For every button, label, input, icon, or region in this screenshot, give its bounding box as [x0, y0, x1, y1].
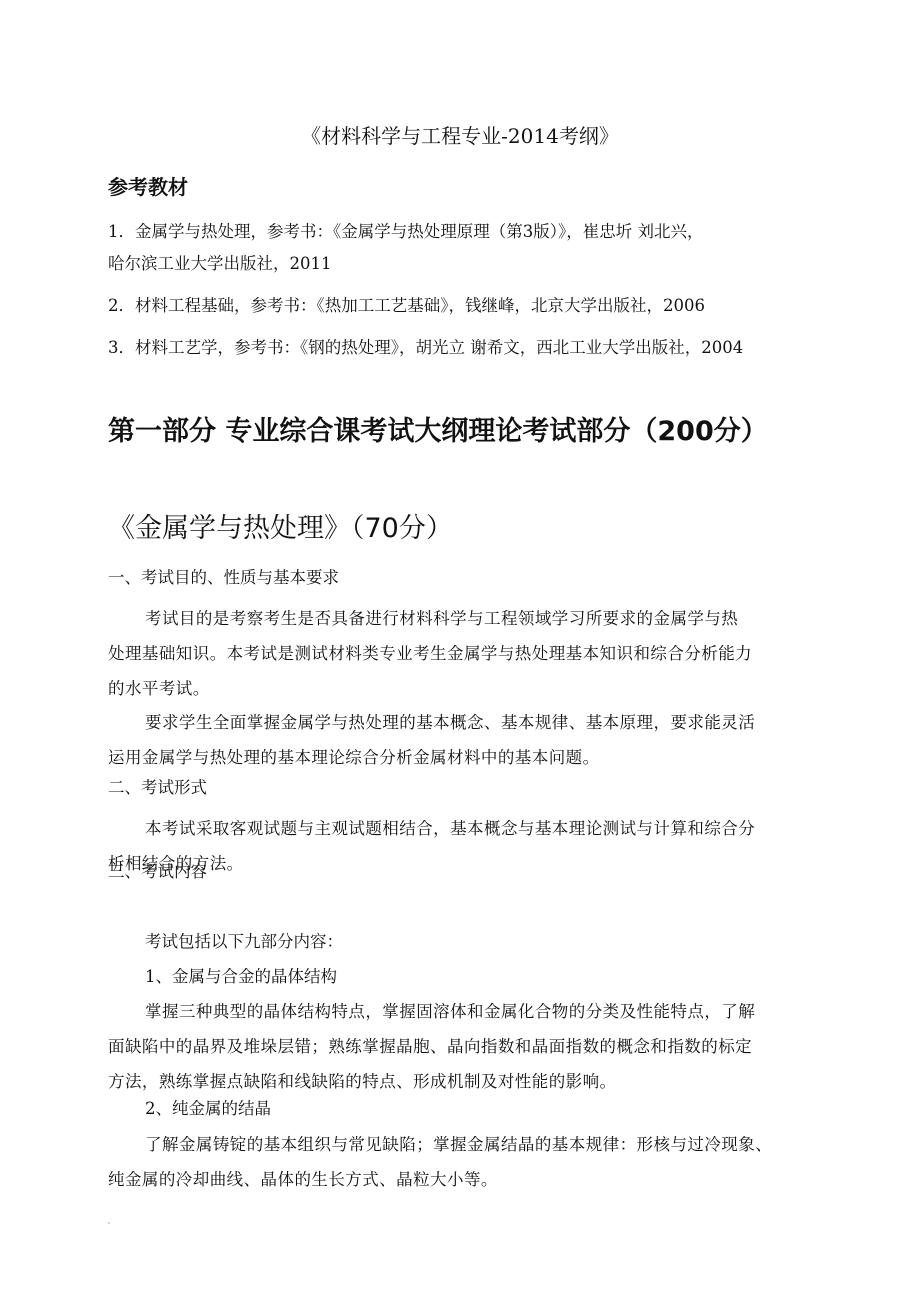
topic-title-crystal-structure: 1、金属与合金的晶体结构	[145, 965, 337, 989]
stray-mark	[108, 1222, 110, 1224]
paragraph-purpose-1: 考试目的是考察考生是否具备进行材料科学与工程领域学习所要求的金属学与热 处理基础…	[108, 601, 814, 706]
reference-item-1-line2: 哈尔滨工业大学出版社，2011	[108, 252, 332, 276]
references-heading: 参考教材	[108, 173, 188, 201]
paragraph-line: 面缺陷中的晶界及堆垛层错；熟练掌握晶胞、晶向指数和晶面指数的概念和指数的标定	[108, 1029, 814, 1064]
paragraph-line: 方法，熟练掌握点缺陷和线缺陷的特点、形成机制及对性能的影响。	[108, 1064, 814, 1099]
part-title: 第一部分 专业综合课考试大纲理论考试部分（200分）	[108, 413, 768, 451]
section-heading-purpose: 一、考试目的、性质与基本要求	[108, 566, 339, 590]
paragraph-line: 考试目的是考察考生是否具备进行材料科学与工程领域学习所要求的金属学与热	[108, 601, 814, 636]
paragraph-line: 了解金属铸锭的基本组织与常见缺陷；掌握金属结晶的基本规律：形核与过冷现象、	[108, 1127, 814, 1162]
topic-paragraph-crystallization: 了解金属铸锭的基本组织与常见缺陷；掌握金属结晶的基本规律：形核与过冷现象、 纯金…	[108, 1127, 814, 1197]
paragraph-line: 掌握三种典型的晶体结构特点，掌握固溶体和金属化合物的分类及性能特点，了解	[108, 994, 814, 1029]
paragraph-line: 的水平考试。	[108, 671, 814, 706]
course-title: 《金属学与热处理》（70分）	[108, 510, 453, 548]
content-intro: 考试包括以下九部分内容：	[145, 930, 343, 954]
reference-item-1-line1: 1．金属学与热处理，参考书：《金属学与热处理原理（第3版）》，崔忠圻 刘北兴，	[108, 220, 704, 244]
topic-title-crystallization: 2、纯金属的结晶	[145, 1097, 271, 1121]
paragraph-line: 处理基础知识。本考试是测试材料类专业考生金属学与热处理基本知识和综合分析能力	[108, 636, 814, 671]
reference-item-2: 2．材料工程基础，参考书：《热加工工艺基础》，钱继峰，北京大学出版社，2006	[108, 294, 705, 318]
reference-item-3: 3．材料工艺学，参考书：《钢的热处理》，胡光立 谢希文，西北工业大学出版社，20…	[108, 336, 743, 360]
paragraph-line: 析相结合的方法。	[108, 846, 814, 881]
section-heading-format: 二、考试形式	[108, 776, 207, 800]
paragraph-line: 要求学生全面掌握金属学与热处理的基本概念、基本规律、基本原理，要求能灵活	[108, 705, 814, 740]
document-title: 《材料科学与工程专业-2014考纲》	[0, 122, 920, 150]
paragraph-line: 纯金属的冷却曲线、晶体的生长方式、晶粒大小等。	[108, 1162, 814, 1197]
document-page: 《材料科学与工程专业-2014考纲》 参考教材 1．金属学与热处理，参考书：《金…	[0, 0, 920, 1302]
paragraph-line: 运用金属学与热处理的基本理论综合分析金属材料中的基本问题。	[108, 740, 814, 775]
paragraph-line: 本考试采取客观试题与主观试题相结合，基本概念与基本理论测试与计算和综合分	[108, 811, 814, 846]
paragraph-purpose-2: 要求学生全面掌握金属学与热处理的基本概念、基本规律、基本原理，要求能灵活 运用金…	[108, 705, 814, 775]
topic-paragraph-crystal-structure: 掌握三种典型的晶体结构特点，掌握固溶体和金属化合物的分类及性能特点，了解 面缺陷…	[108, 994, 814, 1099]
section-heading-content: 三、考试内容	[108, 860, 207, 884]
paragraph-format: 本考试采取客观试题与主观试题相结合，基本概念与基本理论测试与计算和综合分 析相结…	[108, 811, 814, 881]
